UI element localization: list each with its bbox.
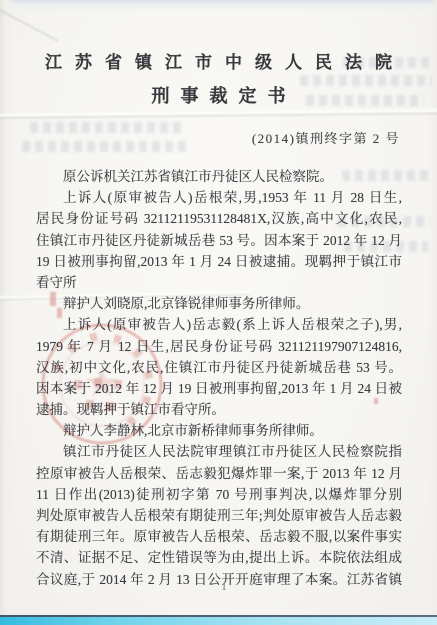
text-line: 控原审被告人岳根荣、岳志毅犯爆炸罪一案,于 2013 年 12 月	[36, 463, 402, 484]
case-number: (2014)镇刑终字第 2 号	[252, 128, 400, 147]
text-line: 上诉人(原审被告人)岳志毅(系上诉人岳根荣之子),男,	[36, 314, 402, 335]
text-line: 判处原审被告人岳根荣有期徒刑三年;判处原审被告人岳志毅	[36, 505, 402, 526]
ink-bleedthrough	[30, 122, 182, 133]
text-line: 辩护人李静林,北京市新桥律师事务所律师。	[36, 420, 402, 441]
text-line: 19 日被刑事拘留,2013 年 1 月 24 日被逮捕。现羁押于镇江市	[36, 251, 402, 272]
text-line: 住镇江市丹徒区丹徒新城岳巷 53 号。因本案于 2012 年 12 月	[36, 230, 402, 251]
text-line: 逮捕。现羁押于镇江市看守所。	[36, 399, 402, 420]
text-line: 因本案于 2012 年 12 月 19 日被刑事拘留,2013 年 1 月 24…	[36, 378, 402, 399]
text-line: 辩护人刘晓原,北京锋锐律师事务所律师。	[36, 293, 402, 314]
document-type-title: 刑事裁定书	[0, 82, 437, 108]
ink-bleedthrough	[22, 141, 190, 152]
text-line: 居民身份证号码 32112119531128481X,汉族,高中文化,农民,	[36, 208, 402, 229]
text-line: 汉族,初中文化,农民,住镇江市丹徒区丹徒新城岳巷 53 号。	[36, 357, 402, 378]
text-line: 11 日作出(2013)徒刑初字第 70 号刑事判决,以爆炸罪分别	[36, 484, 402, 505]
paper-crease	[0, 6, 59, 43]
body-lines: 原公诉机关江苏省镇江市丹徒区人民检察院。上诉人(原审被告人)岳根荣,男,1953…	[36, 166, 402, 590]
text-line: 看守所	[36, 272, 402, 293]
paper-crease	[0, 108, 437, 121]
text-line: 原公诉机关江苏省镇江市丹徒区人民检察院。	[36, 166, 402, 187]
text-line: 上诉人(原审被告人)岳根荣,男,1953 年 11 月 28 日生,	[36, 187, 402, 208]
page-number: 1	[214, 582, 234, 593]
text-line: 有期徒刑三年。原审被告人岳根荣、岳志毅不服,以案件事实	[36, 526, 402, 547]
court-name-title: 江苏省镇江市中级人民法院	[0, 48, 437, 73]
text-line: 镇江市丹徒区人民法院审理镇江市丹徒区人民检察院指	[36, 441, 402, 462]
text-line: 不清、证据不足、定性错误等为由,提出上诉。本院依法组成	[36, 547, 402, 568]
scan-edge-band	[0, 617, 437, 625]
text-line: 1979 年 7 月 12 日生,居民身份证号码 321121197907124…	[36, 336, 402, 357]
scanned-court-document: 江苏省镇江市中级人民法院 刑事裁定书 (2014)镇刑终字第 2 号 原公诉机关…	[0, 0, 437, 625]
